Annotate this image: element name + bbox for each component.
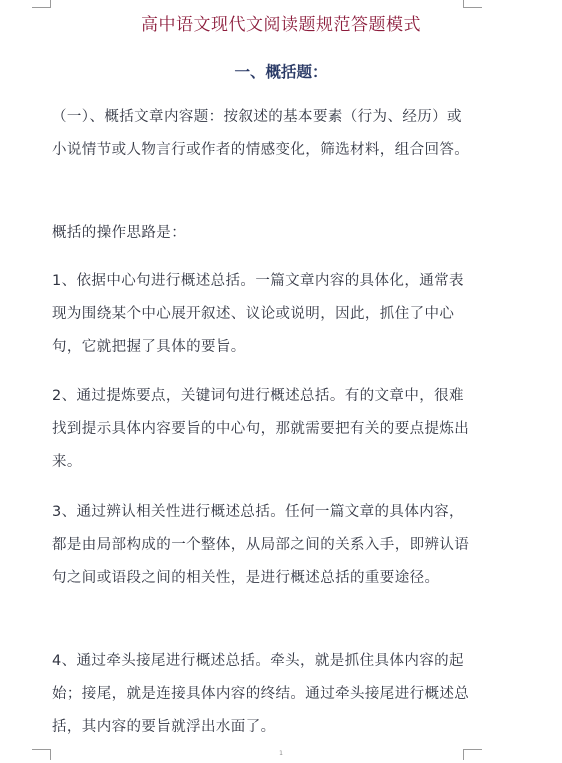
paragraph-point-3: 3、通过辨认相关性进行概述总括。任何一篇文章的具体内容，都是由局部构成的一个整体… xyxy=(52,496,472,595)
paragraph-point-1: 1、依据中心句进行概述总括。一篇文章内容的具体化，通常表现为围绕某个中心展开叙述… xyxy=(52,265,472,364)
page-corner-mark-top-right xyxy=(463,0,482,8)
page-number: 1 xyxy=(0,750,562,757)
paragraph-approach-label: 概括的操作思路是： xyxy=(52,217,472,250)
page-corner-mark-top-left xyxy=(32,0,51,8)
document-title: 高中语文现代文阅读题规范答题模式 xyxy=(0,10,562,35)
section-heading: 一、概括题： xyxy=(0,60,562,82)
paragraph-point-4: 4、通过牵头接尾进行概述总括。牵头，就是抓住具体内容的起始；接尾，就是连接具体内… xyxy=(52,645,472,744)
paragraph-point-2: 2、通过提炼要点，关键词句进行概述总括。有的文章中，很难找到提示具体内容要旨的中… xyxy=(52,380,472,479)
paragraph-intro: （一）、概括文章内容题：按叙述的基本要素（行为、经历）或小说情节或人物言行或作者… xyxy=(52,101,472,167)
